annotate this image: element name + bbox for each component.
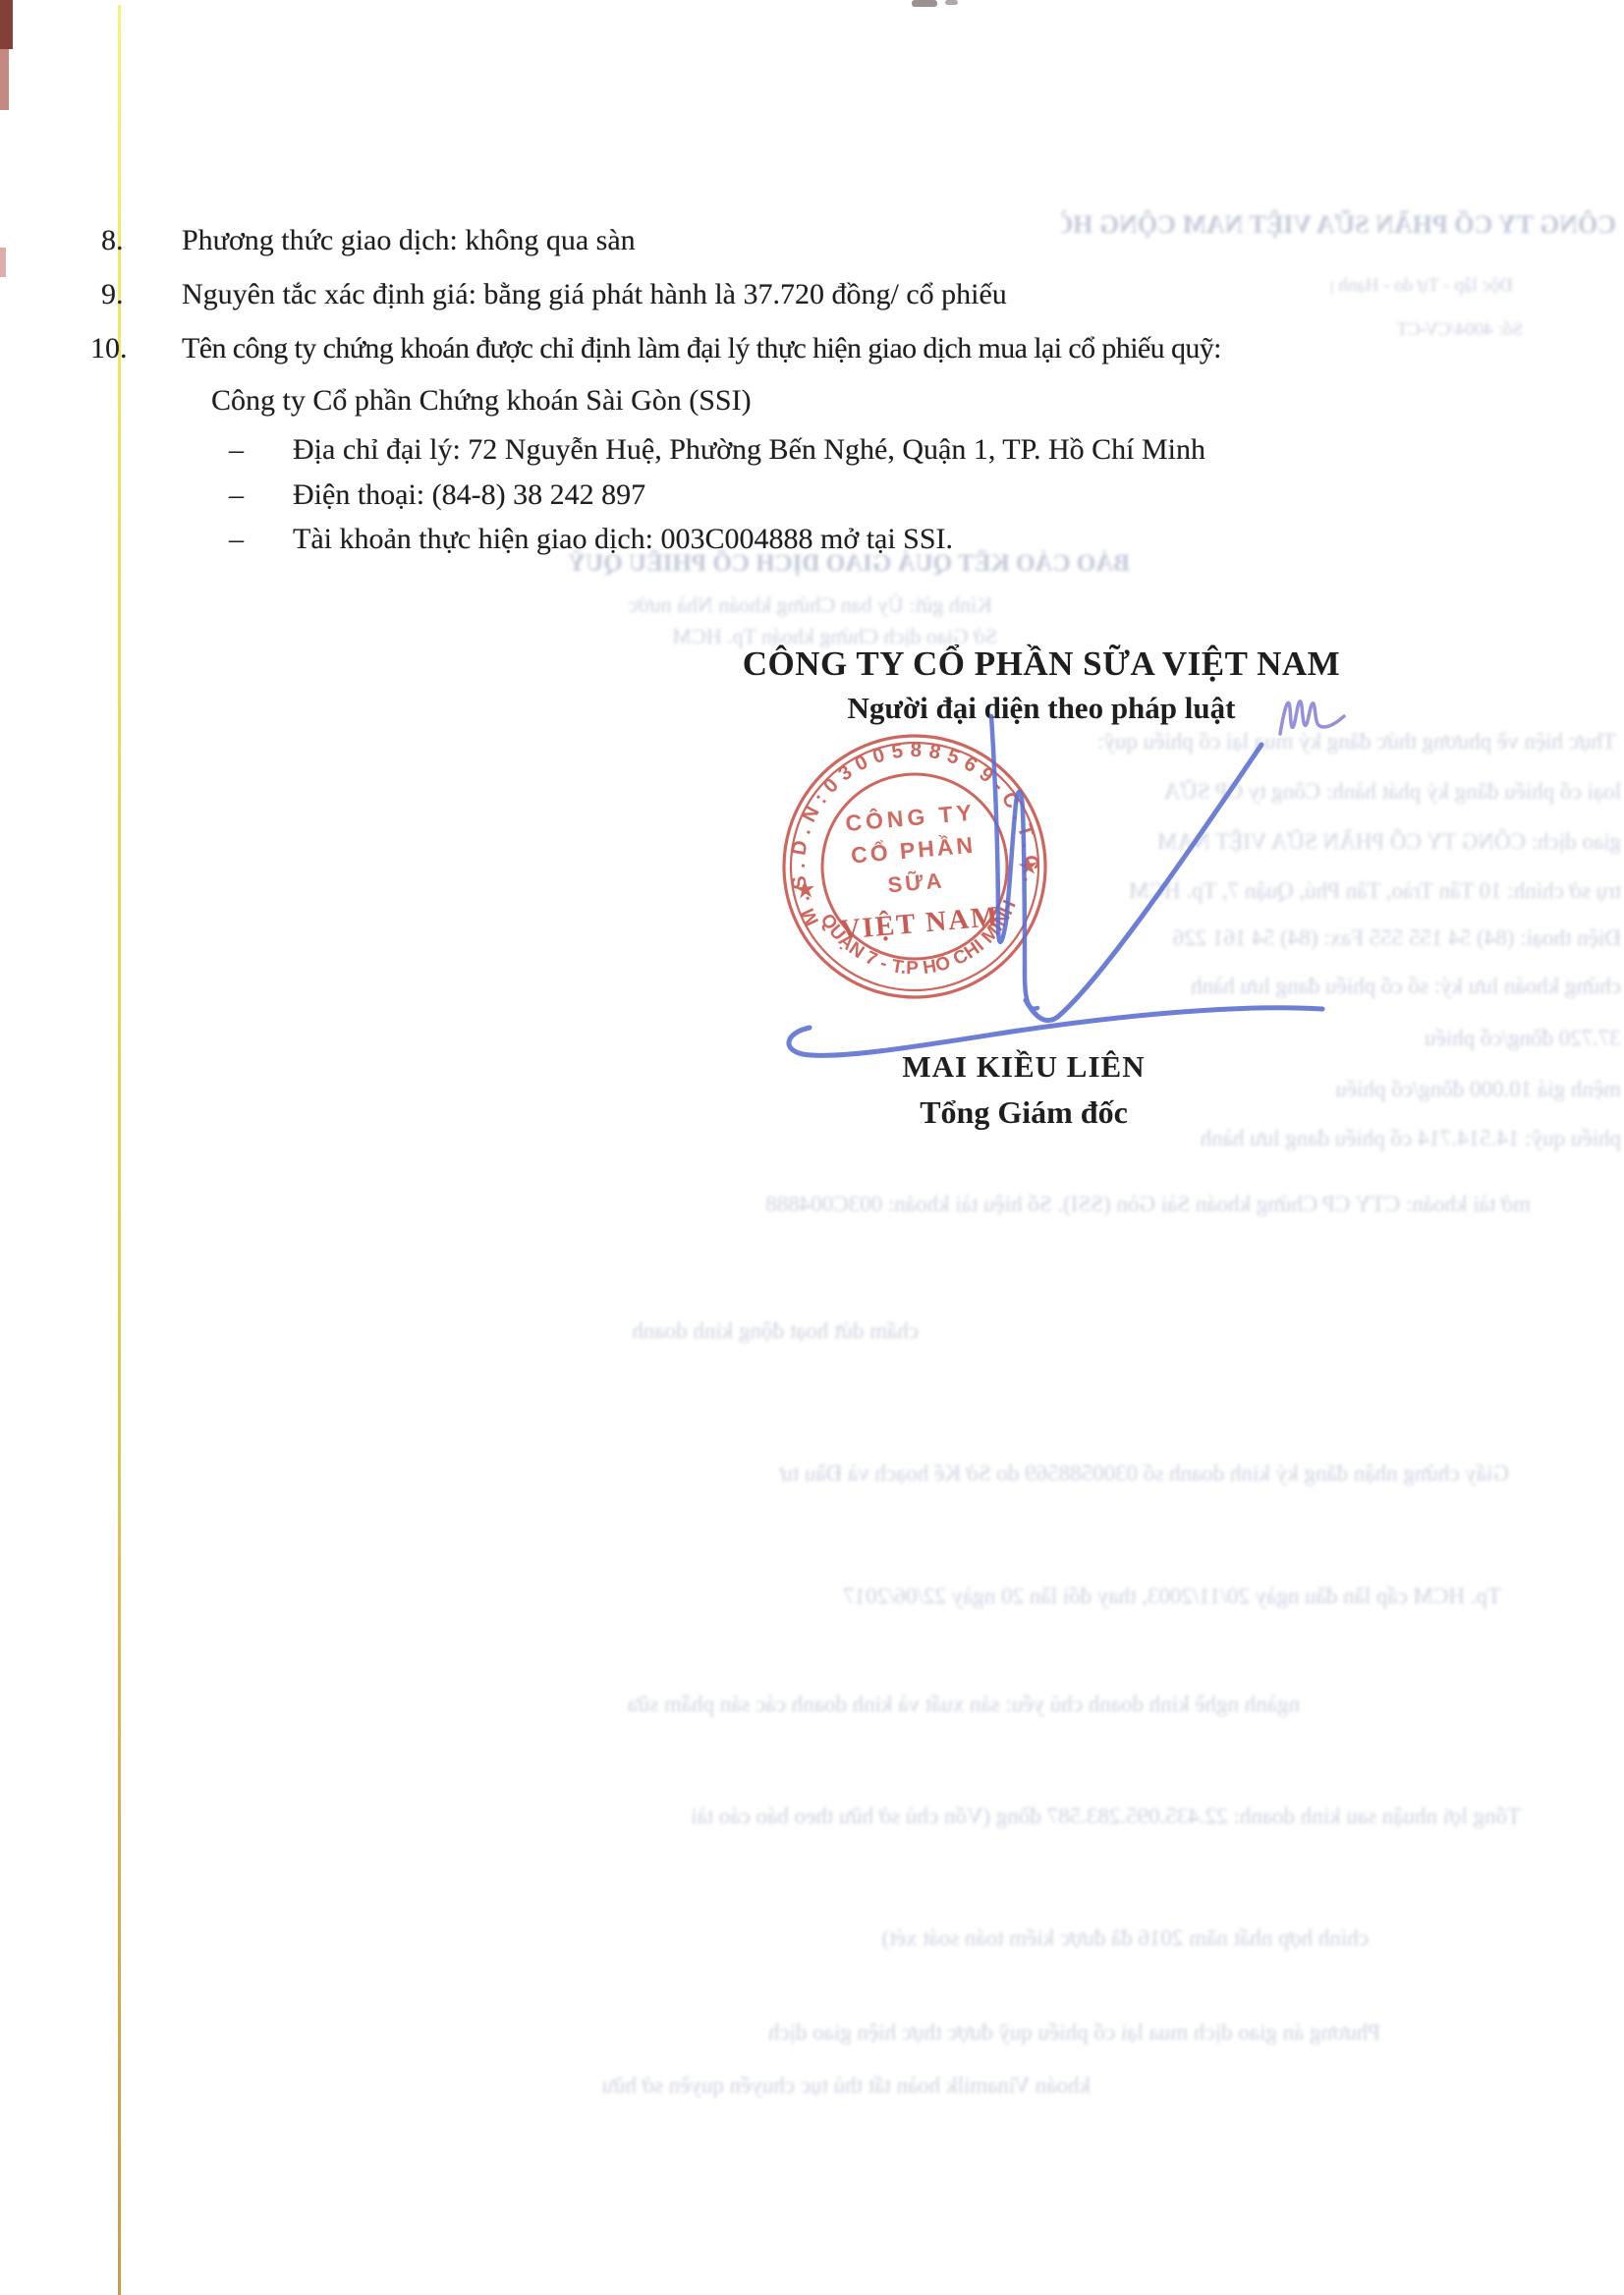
signature-stroke <box>991 716 1037 1009</box>
signature-stroke <box>1026 745 1261 1021</box>
signature-paraph <box>1280 701 1344 734</box>
signature-layer <box>0 0 1624 2295</box>
scanned-document-page: CÔNG TY CỔ PHẦN SỮA VIỆT NAM CỘNG HÒA XÃ… <box>0 0 1624 2295</box>
signature-flourish <box>789 1008 1322 1056</box>
